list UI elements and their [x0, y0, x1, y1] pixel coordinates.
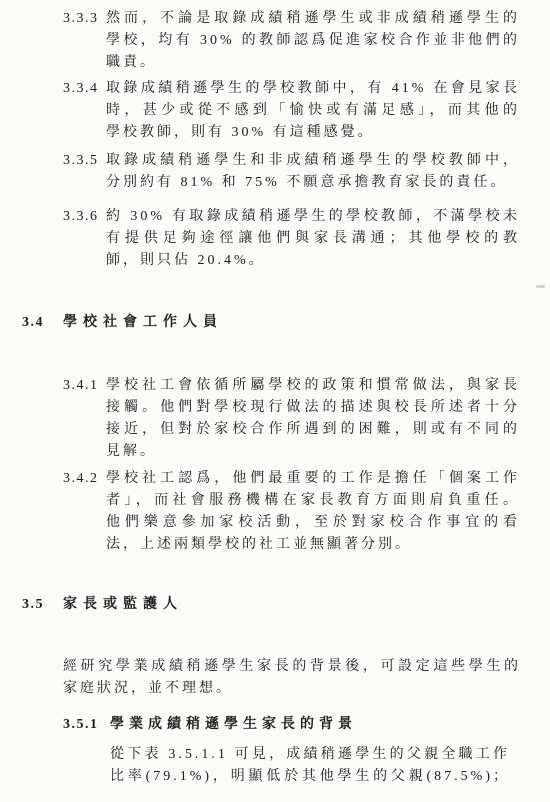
paragraph-line: 者」，而社會服務機構在家長教育方面則肩負重任。 — [106, 490, 520, 512]
scan-artifact — [536, 285, 545, 288]
section-number: 3.5 — [22, 594, 44, 616]
paragraph-line: 然而，不論是取錄成績稍遜學生或非成績稍遜學生的 — [106, 8, 520, 30]
paragraph-line: 經研究學業成績稍遜學生家長的背景後，可設定這些學生的 — [63, 656, 521, 678]
paragraph-3-3-5: 3.3.5 取錄成績稍遜學生和非成績稍遜學生的學校教師中， 分別約有 81% 和… — [63, 150, 520, 194]
paragraph-number: 3.3.5 — [63, 150, 99, 172]
section-number: 3.4 — [22, 312, 44, 334]
paragraph-line: 學校社工認爲，他們最重要的工作是擔任「個案工作 — [106, 468, 520, 490]
paragraph-3-3-4: 3.3.4 取錄成績稍遜學生的學校教師中，有 41% 在會見家長 時，甚少或從不… — [63, 78, 520, 144]
section-number: 3.5.1 — [63, 714, 99, 736]
paragraph-line: 家庭狀況，並不理想。 — [63, 678, 521, 700]
section-heading-3-4: 3.4 學校社會工作人員 — [22, 312, 223, 334]
paragraph-3-5-intro: 經研究學業成績稍遜學生家長的背景後，可設定這些學生的 家庭狀況，並不理想。 — [63, 656, 521, 700]
paragraph-line: 師，則只佔 20.4%。 — [106, 250, 520, 272]
paragraph-3-3-3: 3.3.3 然而，不論是取錄成績稍遜學生或非成績稍遜學生的 學校，均有 30% … — [63, 8, 520, 74]
paragraph-body: 取錄成績稍遜學生和非成績稍遜學生的學校教師中， 分別約有 81% 和 75% 不… — [106, 150, 520, 194]
paragraph-line: 比率(79.1%)，明顯低於其他學生的父親(87.5%)；前者 — [110, 766, 510, 788]
paragraph-number: 3.3.4 — [63, 78, 99, 100]
paragraph-line: 約 30% 有取錄成績稍遜學生的學校教師，不滿學校未 — [106, 206, 520, 228]
paragraph-line: 分別約有 81% 和 75% 不願意承擔教育家長的責任。 — [106, 172, 520, 194]
paragraph-line: 學校，均有 30% 的教師認爲促進家校合作並非他們的 — [106, 30, 520, 52]
paragraph-line: 取錄成績稍遜學生的學校教師中，有 41% 在會見家長 — [106, 78, 520, 100]
document-page: 3.3.3 然而，不論是取錄成績稍遜學生或非成績稍遜學生的 學校，均有 30% … — [0, 0, 550, 802]
paragraph-body: 約 30% 有取錄成績稍遜學生的學校教師，不滿學校未 有提供足夠途徑讓他們與家長… — [106, 206, 520, 272]
paragraph-body: 學校社工認爲，他們最重要的工作是擔任「個案工作 者」，而社會服務機構在家長教育方… — [106, 468, 520, 556]
paragraph-line: 取錄成績稍遜學生和非成績稍遜學生的學校教師中， — [106, 150, 520, 172]
paragraph-body: 取錄成績稍遜學生的學校教師中，有 41% 在會見家長 時，甚少或從不感到「愉快或… — [106, 78, 520, 144]
paragraph-line: 學校社工會依循所屬學校的政策和慣常做法，與家長 — [106, 375, 520, 397]
section-heading-3-5-1: 3.5.1 學業成績稍遜學生家長的背景 — [63, 714, 357, 736]
paragraph-number: 3.4.2 — [63, 468, 99, 490]
section-title: 家長或監護人 — [63, 594, 183, 616]
paragraph-3-5-1-body: 從下表 3.5.1.1 可見，成績稍遜學生的父親全職工作的 比率(79.1%)，… — [110, 744, 510, 788]
paragraph-line: 學校教師，則有 30% 有這種感覺。 — [106, 122, 520, 144]
paragraph-3-3-6: 3.3.6 約 30% 有取錄成績稍遜學生的學校教師，不滿學校未 有提供足夠途徑… — [63, 206, 520, 272]
paragraph-number: 3.3.3 — [63, 8, 99, 30]
paragraph-line: 法，上述兩類學校的社工並無顯著分別。 — [106, 534, 520, 556]
paragraph-line: 他們樂意參加家校活動，至於對家校合作事宜的看 — [106, 512, 520, 534]
paragraph-3-4-2: 3.4.2 學校社工認爲，他們最重要的工作是擔任「個案工作 者」，而社會服務機構… — [63, 468, 520, 556]
paragraph-3-4-1: 3.4.1 學校社工會依循所屬學校的政策和慣常做法，與家長 接觸。他們對學校現行… — [63, 375, 520, 463]
paragraph-line: 時，甚少或從不感到「愉快或有滿足感」，而其他的 — [106, 100, 520, 122]
paragraph-line: 接觸。他們對學校現行做法的描述與校長所述者十分 — [106, 397, 520, 419]
paragraph-line: 職責。 — [106, 52, 520, 74]
paragraph-number: 3.4.1 — [63, 375, 99, 397]
paragraph-body: 學校社工會依循所屬學校的政策和慣常做法，與家長 接觸。他們對學校現行做法的描述與… — [106, 375, 520, 463]
paragraph-line: 見解。 — [106, 441, 520, 463]
paragraph-line: 有提供足夠途徑讓他們與家長溝通；其他學校的教 — [106, 228, 520, 250]
paragraph-line: 從下表 3.5.1.1 可見，成績稍遜學生的父親全職工作的 — [110, 744, 510, 766]
section-title: 學業成績稍遜學生家長的背景 — [110, 714, 357, 736]
paragraph-body: 然而，不論是取錄成績稍遜學生或非成績稍遜學生的 學校，均有 30% 的教師認爲促… — [106, 8, 520, 74]
section-title: 學校社會工作人員 — [63, 312, 223, 334]
section-heading-3-5: 3.5 家長或監護人 — [22, 594, 183, 616]
paragraph-line: 接近，但對於家校合作所遇到的困難，則或有不同的 — [106, 419, 520, 441]
paragraph-number: 3.3.6 — [63, 206, 99, 228]
